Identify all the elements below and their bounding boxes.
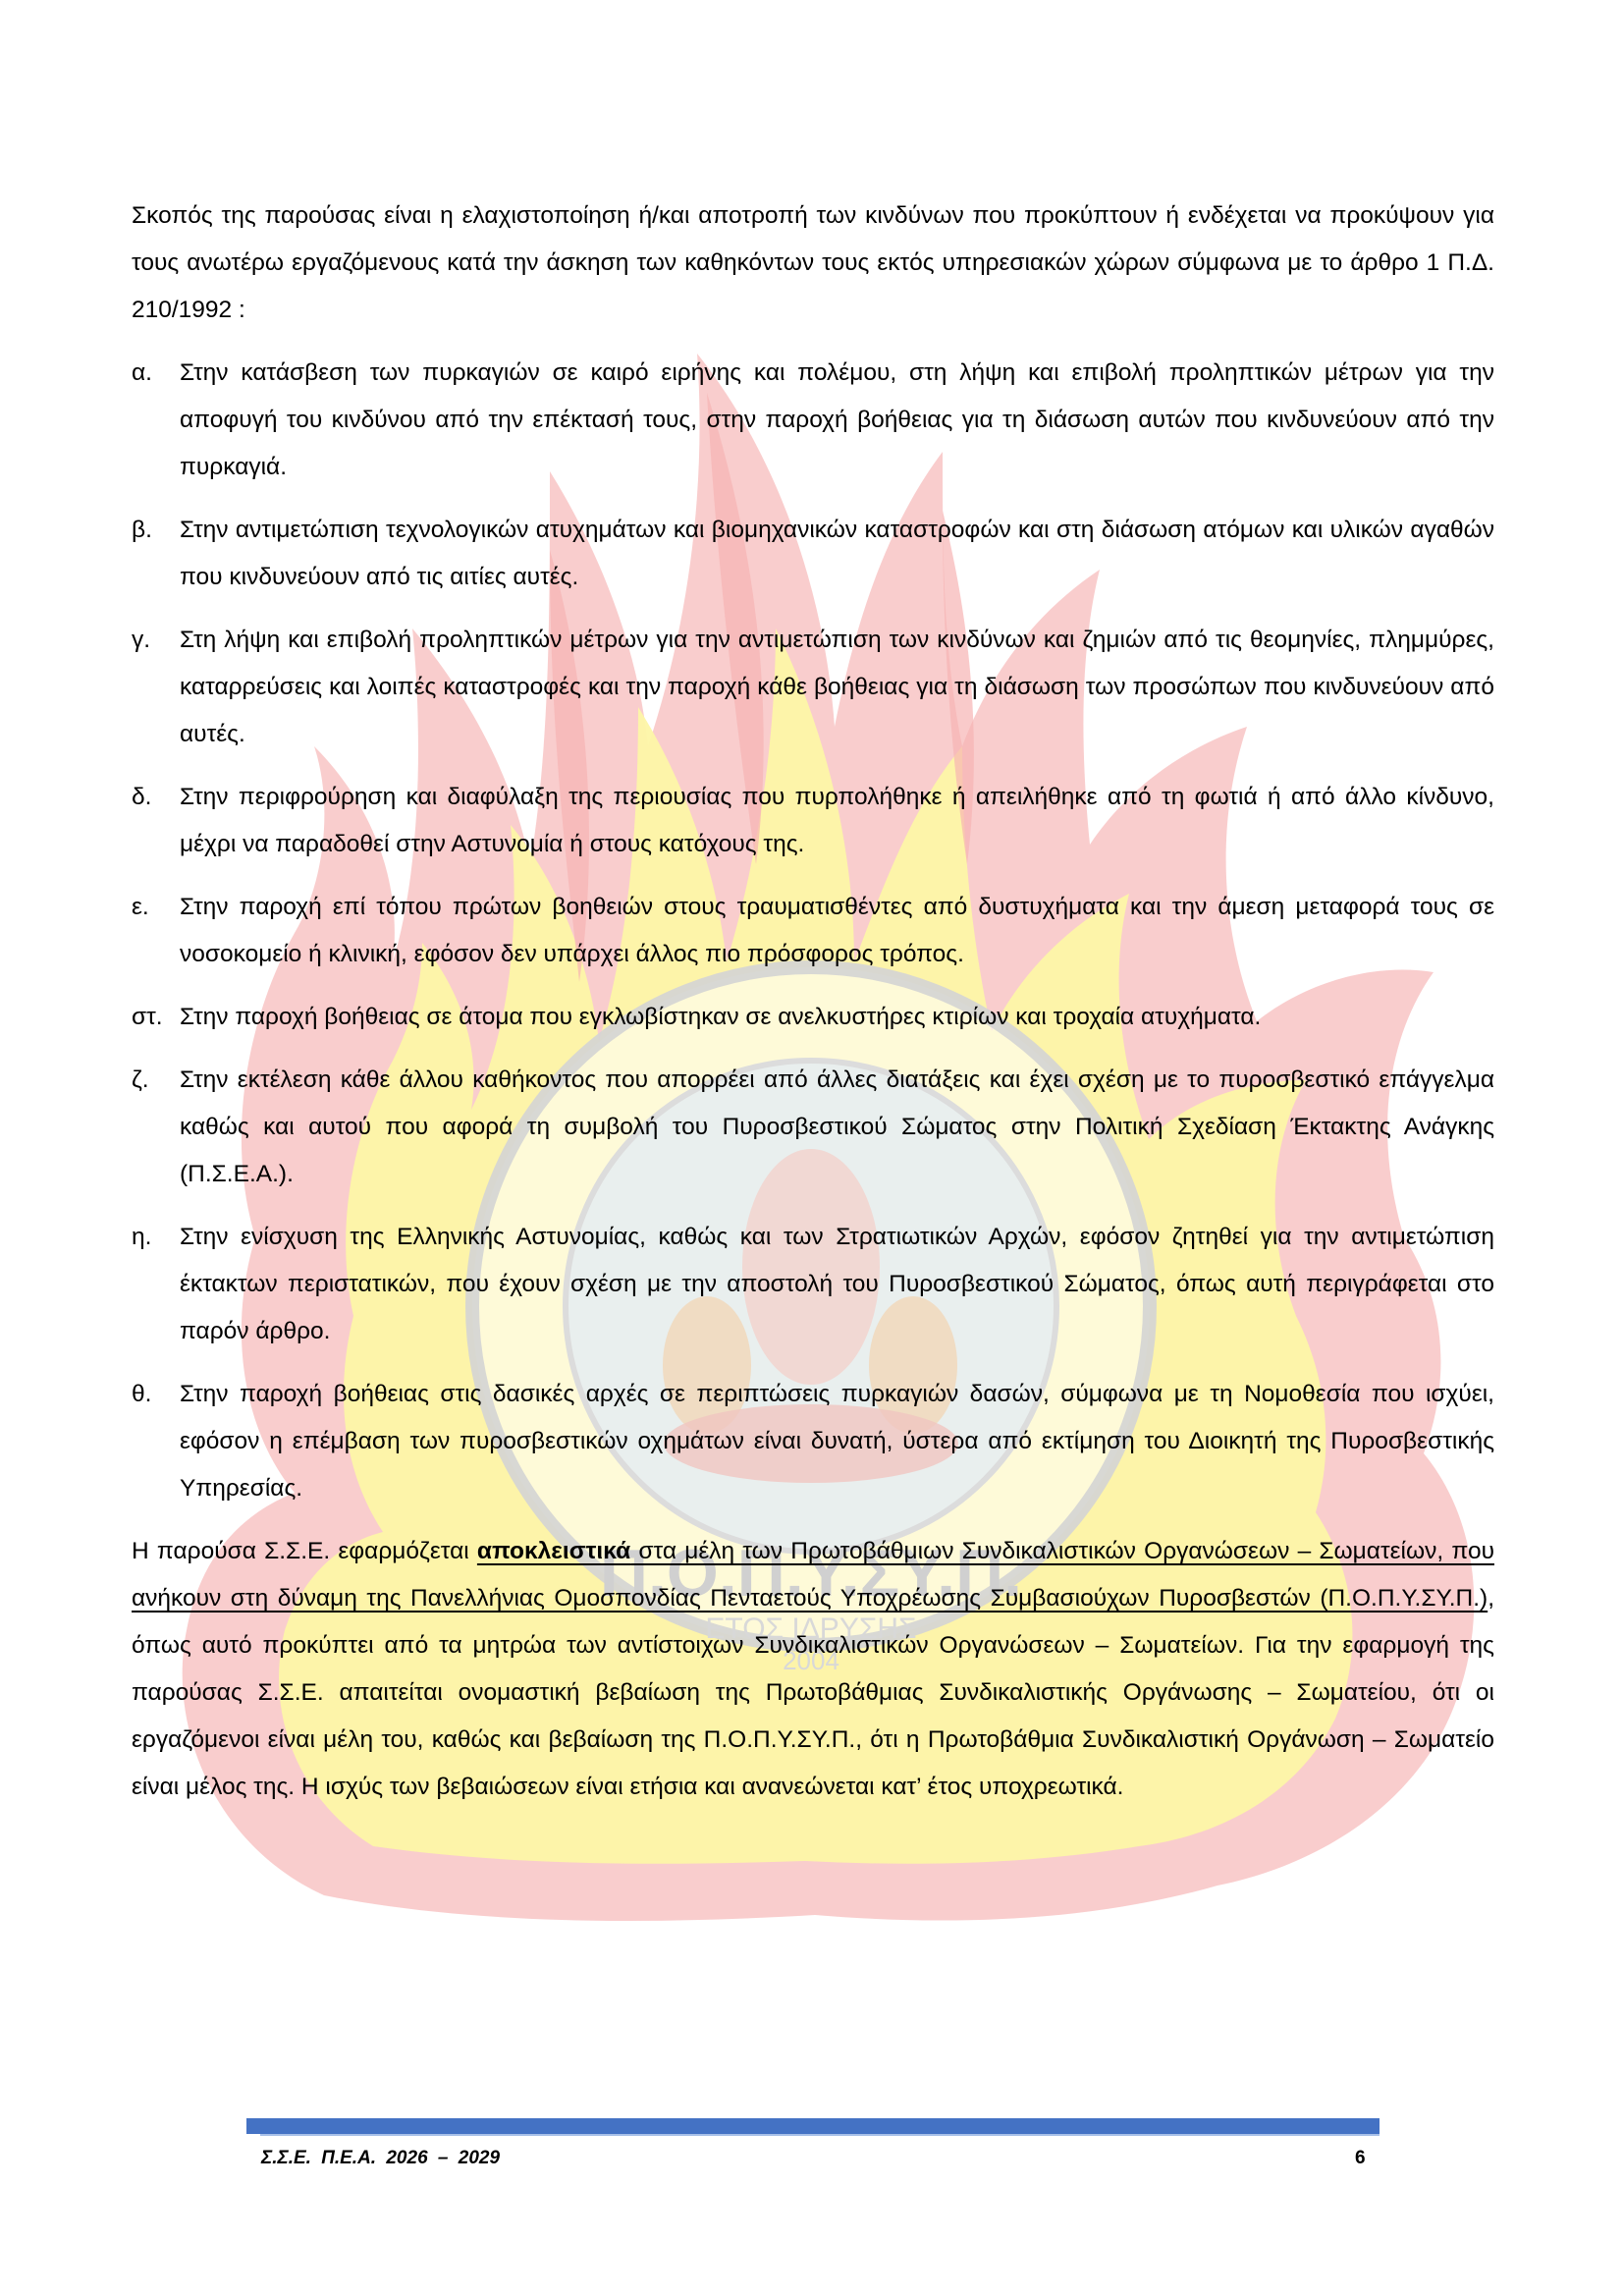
page-number: 6 (1355, 2148, 1366, 2169)
list-item: στ. Στην παροχή βοήθειας σε άτομα που εγ… (132, 994, 1494, 1041)
list-marker: η. (132, 1214, 180, 1355)
list-item-text: Στην ενίσχυση της Ελληνικής Αστυνομίας, … (180, 1214, 1494, 1355)
list-item-text: Στην εκτέλεση κάθε άλλου καθήκοντος που … (180, 1057, 1494, 1198)
duties-list: α. Στην κατάσβεση των πυρκαγιών σε καιρό… (132, 350, 1494, 1512)
list-item: θ. Στην παροχή βοήθειας στις δασικές αρχ… (132, 1371, 1494, 1512)
list-marker: α. (132, 350, 180, 491)
list-marker: ε. (132, 884, 180, 978)
list-item-text: Στη λήψη και επιβολή προληπτικών μέτρων … (180, 617, 1494, 758)
list-item-text: Στην παροχή βοήθειας στις δασικές αρχές … (180, 1371, 1494, 1512)
list-item: ζ. Στην εκτέλεση κάθε άλλου καθήκοντος π… (132, 1057, 1494, 1198)
list-item-text: Στην παροχή βοήθειας σε άτομα που εγκλωβ… (180, 994, 1494, 1041)
footer-divider-bar (246, 2118, 1380, 2134)
list-item-text: Στην αντιμετώπιση τεχνολογικών ατυχημάτω… (180, 507, 1494, 601)
list-marker: δ. (132, 774, 180, 868)
list-marker: β. (132, 507, 180, 601)
list-item: δ. Στην περιφρούρηση και διαφύλαξη της π… (132, 774, 1494, 868)
document-body: Σκοπός της παρούσας είναι η ελαχιστοποίη… (132, 192, 1494, 1827)
list-item: ε. Στην παροχή επί τόπου πρώτων βοηθειών… (132, 884, 1494, 978)
list-marker: θ. (132, 1371, 180, 1512)
list-marker: γ. (132, 617, 180, 758)
list-item-text: Στην παροχή επί τόπου πρώτων βοηθειών στ… (180, 884, 1494, 978)
intro-paragraph: Σκοπός της παρούσας είναι η ελαχιστοποίη… (132, 192, 1494, 334)
list-item: η. Στην ενίσχυση της Ελληνικής Αστυνομία… (132, 1214, 1494, 1355)
closing-paragraph: Η παρούσα Σ.Σ.Ε. εφαρμόζεται αποκλειστικ… (132, 1528, 1494, 1811)
emphasis-exclusively: αποκλειστικά (477, 1538, 630, 1564)
list-marker: ζ. (132, 1057, 180, 1198)
list-item-text: Στην κατάσβεση των πυρκαγιών σε καιρό ει… (180, 350, 1494, 491)
list-item-text: Στην περιφρούρηση και διαφύλαξη της περι… (180, 774, 1494, 868)
closing-lead: Η παρούσα Σ.Σ.Ε. εφαρμόζεται (132, 1538, 477, 1564)
list-item: β. Στην αντιμετώπιση τεχνολογικών ατυχημ… (132, 507, 1494, 601)
list-item: α. Στην κατάσβεση των πυρκαγιών σε καιρό… (132, 350, 1494, 491)
closing-rest: , όπως αυτό προκύπτει από τα μητρώα των … (132, 1585, 1494, 1800)
list-item: γ. Στη λήψη και επιβολή προληπτικών μέτρ… (132, 617, 1494, 758)
footer-title: Σ.Σ.Ε. Π.Ε.Α. 2026 – 2029 (261, 2148, 500, 2169)
list-marker: στ. (132, 994, 180, 1041)
